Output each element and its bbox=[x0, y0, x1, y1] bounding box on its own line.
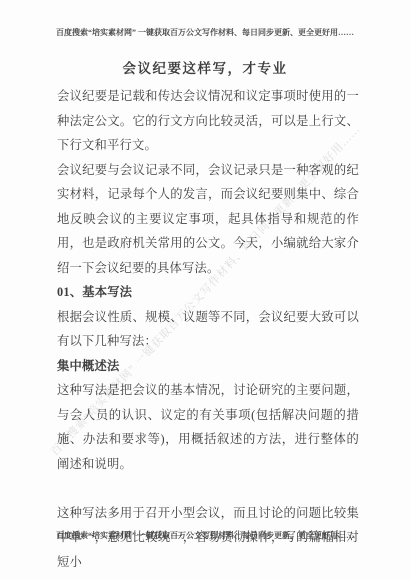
paragraph bbox=[57, 476, 359, 501]
paragraph: 会议纪要是记载和传达会议情况和议定事项时使用的一种法定公文。它的行文方向比较灵活… bbox=[57, 84, 359, 158]
paragraph: 这种写法是把会议的基本情况，讨论研究的主要问题，与会人员的认识、议定的有关事项(… bbox=[57, 378, 359, 476]
paragraph: 根据会议性质、规模、议题等不同，会议纪要大致可以有以下几种写法： bbox=[57, 305, 359, 354]
paragraph: 01、基本写法 bbox=[57, 280, 359, 305]
document-page: 百度搜索“培实素材网” 一键获取百万公文写作材料、每日同步更新、更全更好用…… … bbox=[0, 0, 410, 580]
paragraph: 集中概述法 bbox=[57, 354, 359, 379]
page-footer-text: 百度搜索“培实素材网” 一键获取百万公文写作材料、每日同步更新、更全更好用…… bbox=[0, 530, 410, 541]
page-header-text: 百度搜索“培实素材网” 一键获取百万公文写作材料、每日同步更新、更全更好用…… bbox=[0, 27, 410, 38]
paragraph: 会议纪要与会议记录不同，会议记录只是一种客观的纪实材料，记录每个人的发言，而会议… bbox=[57, 158, 359, 281]
document-body: 会议纪要是记载和传达会议情况和议定事项时使用的一种法定公文。它的行文方向比较灵活… bbox=[57, 84, 359, 574]
document-title: 会议纪要这样写，才专业 bbox=[0, 57, 410, 77]
